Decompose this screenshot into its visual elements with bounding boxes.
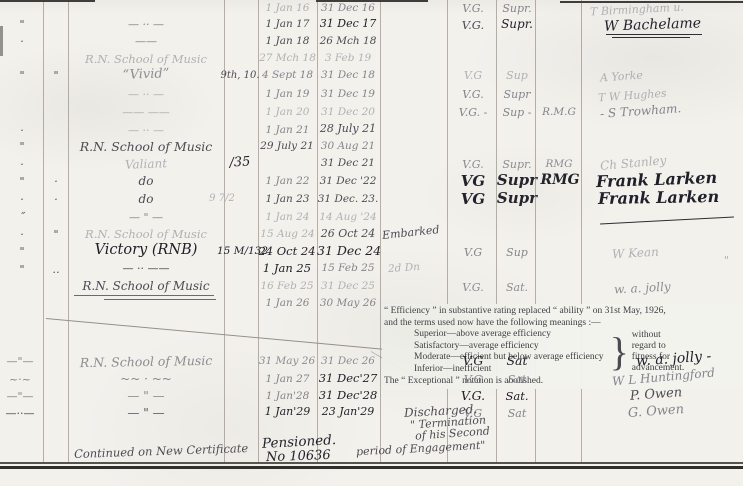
ditto-mark: ˝ <box>4 211 40 224</box>
efficiency-rating: Sat <box>498 407 536 420</box>
ditto-mark: —"— <box>0 390 40 403</box>
character-rating: V.G <box>450 246 496 259</box>
scan-edge-mark <box>0 26 3 56</box>
remarks-note: Embarked <box>381 223 440 242</box>
efficiency-rating: Supr <box>498 88 536 101</box>
captain-signature: W Kean <box>612 245 659 261</box>
character-rating: V.G. <box>450 2 496 15</box>
scan-edge-mark <box>0 0 95 2</box>
date-from: 1 Jan 18 <box>259 35 316 47</box>
character-rating: V.G. <box>450 388 496 403</box>
ship-ditto: ~~ · ~~ <box>70 372 222 386</box>
captain-signature: w. a. jolly <box>614 280 671 297</box>
ditto-mark: · <box>4 35 40 48</box>
initials: RMG <box>537 172 583 188</box>
character-rating: V.G. - <box>450 106 496 119</box>
ship-ditto: — ·· —— <box>70 262 222 275</box>
efficiency-rating: Supr <box>496 171 538 189</box>
date-to: 31 Dec '22 <box>317 175 379 187</box>
continued-note: Continued on New Certificate <box>74 441 249 461</box>
date-from: 1 Jan 27 <box>259 373 316 385</box>
date-from: 1 Jan 26 <box>259 297 316 309</box>
character-rating: V.G. <box>450 88 496 101</box>
date-to: 31 Dec 24 <box>317 243 381 258</box>
ship-name: “Vivid” <box>70 64 222 84</box>
date-to: 31 Dec 17 <box>317 17 379 30</box>
date-from: 27 Mch 18 <box>259 52 316 64</box>
date-from: 31 May 26 <box>257 355 317 367</box>
date-from: 1 Jan 20 <box>259 106 316 118</box>
note-line: and the terms used now have the followin… <box>384 318 741 330</box>
date-to: 31 Dec'27 <box>317 371 379 385</box>
brace-glyph: } <box>610 332 629 372</box>
character-rating: V.G <box>450 69 496 82</box>
remarks-note: 2d Dn <box>388 261 421 275</box>
signature-flourish <box>600 216 734 224</box>
date-to: 31 Dec 21 <box>317 157 379 169</box>
ship-ditto: — ·· — <box>70 88 222 101</box>
date-to: 30 Aug 21 <box>317 140 379 152</box>
date-from: 15 Aug 24 <box>259 228 316 240</box>
date-from: 1 Jan 23 <box>259 193 316 205</box>
ship-ditto: —— <box>70 35 222 48</box>
efficiency-rating: Sup <box>498 246 536 259</box>
ditto-mark: " <box>4 140 40 153</box>
character-rating: VG <box>450 190 496 208</box>
ship-ditto: — ·· — <box>70 18 222 31</box>
character-rating: V.G. <box>450 18 496 32</box>
captain-signature: - S Trowham. <box>600 101 682 121</box>
character-rating: V.G <box>450 373 496 386</box>
initials: R.M.G <box>537 106 581 118</box>
initials: RMG <box>537 158 581 170</box>
date-to: 31 Dec 18 <box>317 69 379 81</box>
ditto-mark: ‥ <box>45 263 67 276</box>
efficiency-rating: Supr <box>496 189 538 207</box>
date-to: 15 Feb 25 <box>317 262 379 274</box>
date-to: 31 Dec 26 <box>317 355 379 367</box>
date-to: 31 Dec 20 <box>317 106 379 118</box>
service-number: No 10636 <box>266 448 331 465</box>
signature-underline <box>606 34 702 35</box>
date-from: 24 Oct 24 <box>257 244 317 258</box>
captain-signature: Frank Larken <box>598 187 719 208</box>
date-to: 14 Aug '24 <box>317 211 379 223</box>
efficiency-rating: Sup <box>498 69 536 82</box>
captain-signature: P. Owen <box>630 385 683 404</box>
ditto-mark: · <box>45 193 67 206</box>
date-from: 16 Feb 25 <box>257 280 317 292</box>
date-to: 26 Oct 24 <box>317 227 379 240</box>
character-rating: V.G. <box>450 281 496 294</box>
column-line <box>447 0 448 462</box>
date-from: 1 Jan'29 <box>259 405 316 418</box>
efficiency-rating: Sup - <box>498 106 536 119</box>
sub-rating: 9 7/2 <box>202 193 242 204</box>
ship-name: R.N. School of Music <box>70 52 222 66</box>
date-to: 28 July 21 <box>317 122 379 135</box>
character-rating: VG <box>450 172 496 190</box>
ditto-mark: —··— <box>0 407 40 420</box>
date-from: 4 Sept 18 <box>259 69 316 81</box>
character-rating: V.G <box>450 353 496 368</box>
date-to: 31 Dec 16 <box>317 2 379 14</box>
efficiency-rating: Supr. <box>498 17 536 31</box>
efficiency-rating: Sat. <box>498 389 536 403</box>
ship-ditto: — " — <box>70 389 222 403</box>
date-to: 31 Dec. 23. <box>317 193 379 205</box>
efficiency-rating: Supr. <box>498 2 536 15</box>
captain-signature: T W Hughes <box>598 87 667 105</box>
column-line <box>581 0 582 462</box>
efficiency-rating: Supr. <box>498 158 536 171</box>
date-from: 1 Jan 21 <box>259 124 316 136</box>
signature-underline <box>612 37 690 38</box>
ditto-mark: " <box>4 263 40 276</box>
note-item: Satisfactory—average efficiency <box>414 341 604 353</box>
note-line: “ Efficiency ” in substantive rating rep… <box>384 306 741 318</box>
character-rating: V.G. <box>450 158 496 171</box>
ship-underline <box>74 295 214 296</box>
ditto-mark: " <box>4 175 40 188</box>
ship-ditto: — " — <box>70 406 222 420</box>
date-to: 31 Dec 19 <box>317 88 379 100</box>
column-line <box>496 0 497 462</box>
table-bottom-border <box>0 466 743 469</box>
captain-signature: G. Owen <box>628 402 685 421</box>
ship-ditto: do <box>70 192 222 206</box>
captain-signature: W Bachelame <box>604 15 702 34</box>
ship-ditto: —— —— <box>70 106 222 119</box>
ditto-mark: ~·~ <box>0 373 40 386</box>
ditto-mark: · <box>4 124 40 137</box>
ship-name: R.N. School of Music <box>70 353 222 371</box>
date-to: 30 May 26 <box>317 297 379 309</box>
ditto-mark: " <box>45 69 67 82</box>
date-to: 26 Mch 18 <box>317 35 379 47</box>
date-from: 1 Jan 17 <box>259 18 316 30</box>
date-from: 1 Jan 25 <box>257 261 317 275</box>
ship-name: R.N. School of Music <box>70 227 222 241</box>
date-to: 3 Feb 19 <box>317 52 379 64</box>
sub-rating: 15 M/132 <box>217 245 261 257</box>
efficiency-rating: Sat. <box>498 281 536 294</box>
date-from: 1 Jan 19 <box>259 88 316 100</box>
ditto-mark: " <box>45 228 67 241</box>
ditto-mark: · <box>4 158 40 171</box>
date-to: 23 Jan'29 <box>317 405 379 418</box>
date-to: 31 Dec 25 <box>317 280 379 292</box>
date-to: 31 Dec'28 <box>317 388 379 402</box>
ship-ditto: — ·· — <box>70 124 222 137</box>
column-line <box>43 0 44 462</box>
ditto-mark: · <box>45 175 67 188</box>
efficiency-rating: Sat <box>498 353 536 368</box>
date-from: 1 Jan 24 <box>259 211 316 223</box>
ship-ditto: — " — <box>70 211 222 224</box>
ditto-mark: " <box>4 69 40 82</box>
ship-name: Valiant <box>70 154 222 173</box>
sub-rating: 9th, 10. <box>219 70 261 81</box>
ship-underline <box>104 299 216 300</box>
ship-name: Victory (RNB) <box>70 242 222 258</box>
ditto-mark: · <box>4 193 40 206</box>
note-item: Superior—above average efficiency <box>414 329 604 341</box>
ship-name: R.N. School of Music <box>70 139 222 154</box>
ditto-mark: —"— <box>0 355 40 368</box>
date-from: 1 Jan 22 <box>259 175 316 187</box>
stray-mark: " <box>724 254 729 267</box>
service-record-scan: 1 Jan 16 31 Dec 16 V.G. Supr. T Birmingh… <box>0 0 743 486</box>
ditto-mark: " <box>4 245 40 258</box>
date-from: 29 July 21 <box>257 140 317 152</box>
date-from: 1 Jan'28 <box>259 390 316 402</box>
sub-rating: /35 <box>219 154 262 172</box>
brace-note-line: without <box>632 330 685 341</box>
ship-ditto: do <box>70 174 222 188</box>
table-bottom-border <box>0 462 743 464</box>
captain-signature: A Yorke <box>600 69 644 85</box>
ditto-mark: · <box>4 228 40 241</box>
discharge-note-line: period of Engagement" <box>356 439 486 459</box>
efficiency-rating: Sat <box>498 373 536 386</box>
diagonal-rule <box>46 318 385 350</box>
date-from: 1 Jan 16 <box>259 2 316 14</box>
ditto-mark: " <box>4 18 40 31</box>
ship-name: R.N. School of Music <box>70 279 222 293</box>
